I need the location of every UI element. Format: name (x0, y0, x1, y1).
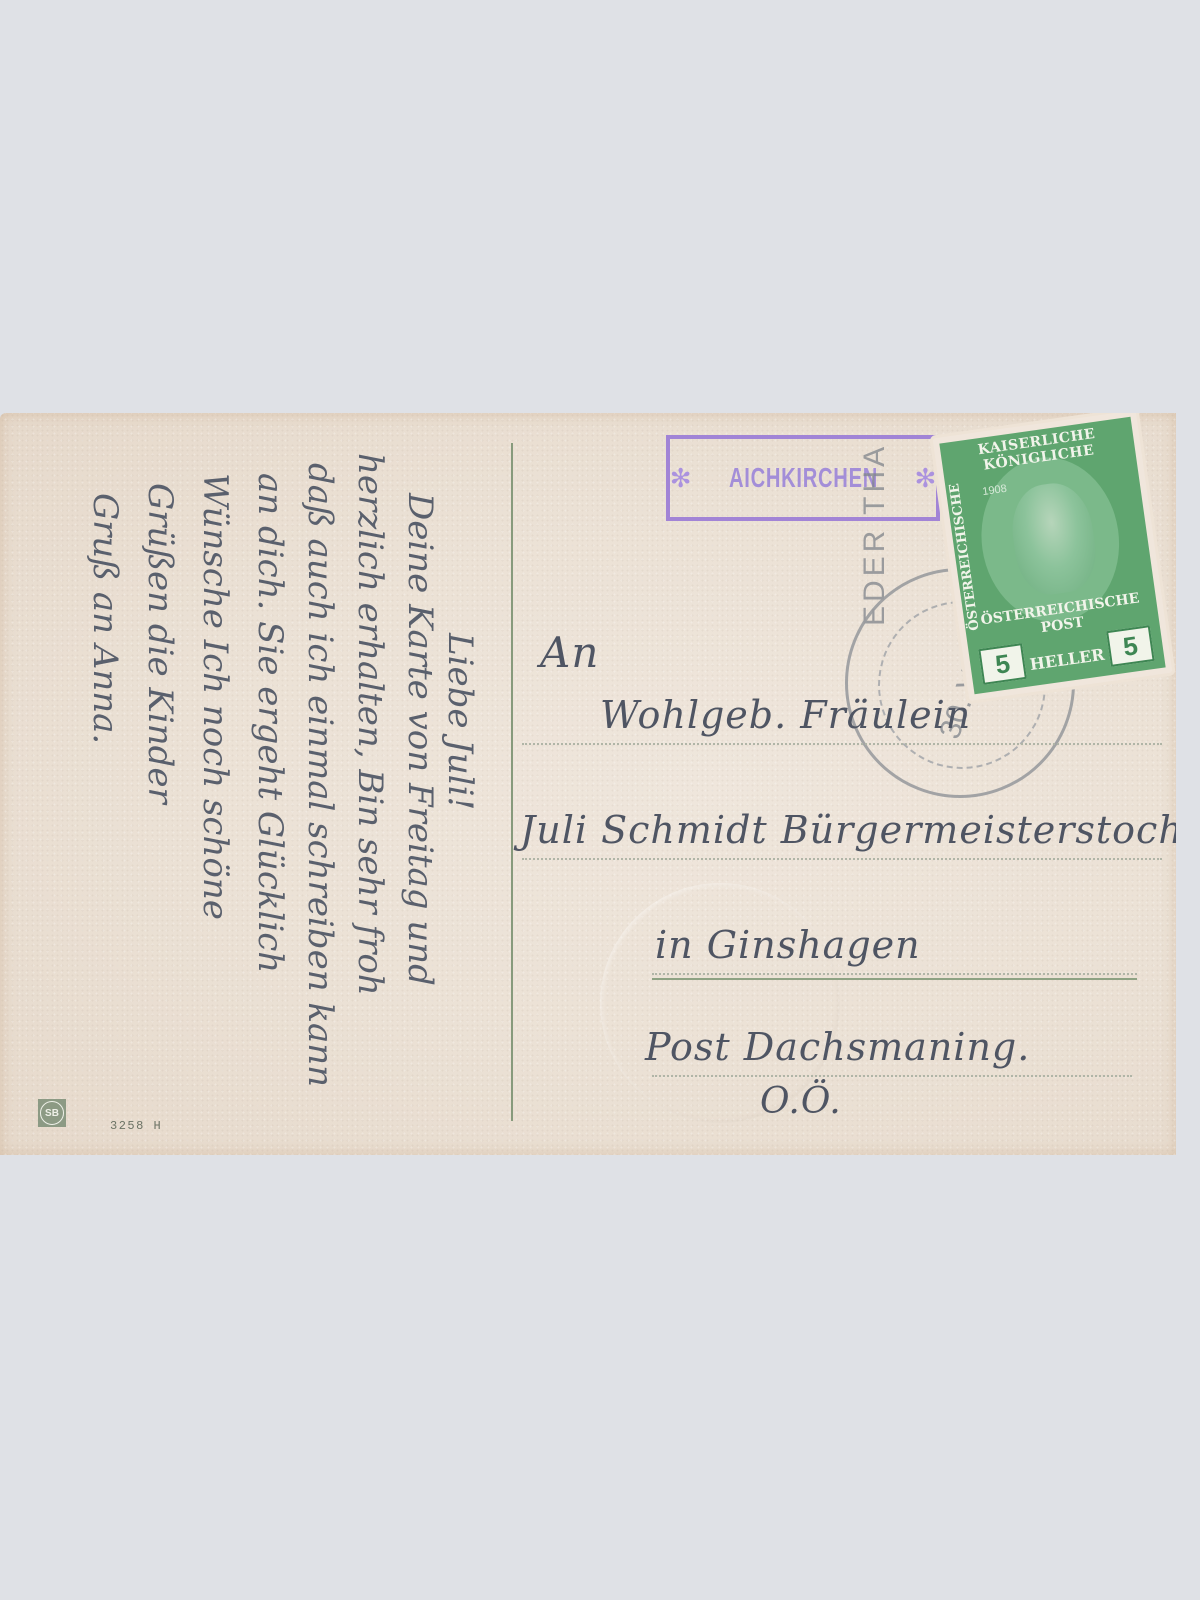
publisher-mark: SB (40, 1101, 64, 1125)
address-region: O.Ö. (760, 1081, 842, 1122)
card-number: 3258 H (110, 1119, 162, 1133)
cachet-town-name: AICHKIRCHEN (728, 462, 877, 494)
address-line (522, 743, 1162, 745)
address-town: in Ginshagen (655, 923, 921, 967)
postmark-place: EDER THA (858, 443, 892, 626)
address-line (522, 858, 1162, 860)
stamp-value: 5 (978, 643, 1027, 685)
message-line: Liebe Juli! (440, 633, 480, 810)
edelweiss-star-icon: ✻ (670, 463, 692, 494)
message-line: Deine Karte von Freitag und (400, 493, 440, 986)
address-line (652, 973, 1137, 975)
edelweiss-star-icon: ✻ (915, 463, 937, 494)
address-line (652, 1075, 1132, 1077)
message-line: daß auch ich einmal schreiben kann (300, 463, 340, 1087)
address-title: Wohlgeb. Fräulein (600, 693, 971, 737)
address-recipient: Juli Schmidt Bürgermeisterstochter (520, 808, 1176, 852)
postage-stamp: 1908 KAISERLICHE KÖNIGLICHE ÖSTERREICHIS… (933, 413, 1173, 701)
address-post-office: Post Dachsmaning. (645, 1025, 1030, 1069)
address-salutation: An (540, 628, 599, 677)
message-line: Gruß an Anna. (85, 493, 125, 744)
message-line: an dich. Sie ergeht Glücklich (250, 473, 290, 973)
postcard-back: Liebe Juli! Deine Karte von Freitag und … (0, 413, 1176, 1155)
message-line: herzlich erhalten, Bin sehr froh (350, 453, 390, 996)
town-cachet: ✻ AICHKIRCHEN ✻ (666, 435, 940, 521)
message-line: Wünsche Ich noch schöne (195, 473, 235, 920)
stamp-currency: HELLER (1028, 645, 1107, 675)
center-divider (511, 443, 513, 1121)
handwritten-message: Liebe Juli! Deine Karte von Freitag und … (40, 453, 500, 1093)
address-underline (652, 978, 1137, 980)
message-line: Grüßen die Kinder (140, 483, 180, 804)
publisher-logo: SB (38, 1099, 66, 1127)
stamp-value: 5 (1106, 625, 1155, 667)
